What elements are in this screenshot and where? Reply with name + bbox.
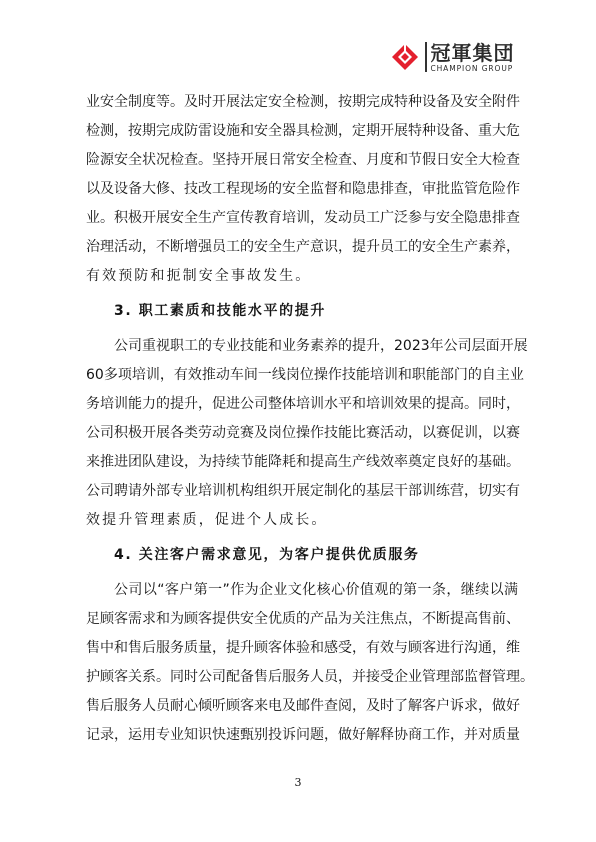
text-line: 务培训能力的提升，促进公司整体培训水平和培训效果的提高。同时， (86, 390, 518, 419)
text-line: 足顾客需求和为顾客提供安全优质的产品为关注焦点，不断提高售前、 (86, 605, 518, 634)
company-logo: 冠軍集団 CHAMPION GROUP (390, 40, 515, 74)
text-line: 公司以“客户第一”作为企业文化核心价值观的第一条，继续以满 (86, 576, 518, 605)
text-line: 效提升管理素质，促进个人成长。 (86, 506, 518, 535)
text-line: 60多项培训，有效推动车间一线岗位操作技能培训和职能部门的自主业 (86, 361, 518, 390)
paragraph-training: 公司重视职工的专业技能和业务素养的提升，2023年公司层面开展 60多项培训，有… (86, 332, 518, 535)
logo-text: 冠軍集団 CHAMPION GROUP (431, 42, 515, 73)
text-line: 业。积极开展安全生产宣传教育培训，发动员工广泛参与安全隐患排查 (86, 204, 518, 233)
page-number: 3 (0, 776, 596, 789)
text-line: 护顾客关系。同时公司配备售后服务人员，并接受企业管理部监督管理。 (86, 663, 518, 692)
text-line: 治理活动，不断增强员工的安全生产意识，提升员工的安全生产素养， (86, 233, 518, 262)
paragraph-customer-service: 公司以“客户第一”作为企业文化核心价值观的第一条，继续以满 足顾客需求和为顾客提… (86, 576, 518, 750)
text-line: 售后服务人员耐心倾听顾客来电及邮件查阅，及时了解客户诉求，做好 (86, 692, 518, 721)
text-line: 检测，按期完成防雷设施和安全器具检测，定期开展特种设备、重大危 (86, 117, 518, 146)
section-heading-4: 4. 关注客户需求意见，为客户提供优质服务 (86, 541, 518, 570)
text-line: 以及设备大修、技改工程现场的安全监督和隐患排查，审批监管危险作 (86, 175, 518, 204)
champion-group-diamond-logo-icon (390, 42, 420, 72)
text-line: 业安全制度等。及时开展法定安全检测，按期完成特种设备及安全附件 (86, 88, 518, 117)
text-line: 记录，运用专业知识快速甄别投诉问题，做好解释协商工作，并对质量 (86, 721, 518, 750)
document-body: 业安全制度等。及时开展法定安全检测，按期完成特种设备及安全附件 检测，按期完成防… (86, 88, 518, 750)
text-line: 公司重视职工的专业技能和业务素养的提升，2023年公司层面开展 (86, 332, 518, 361)
text-line: 有效预防和扼制安全事故发生。 (86, 262, 518, 291)
text-line: 公司聘请外部专业培训机构组织开展定制化的基层干部训练营，切实有 (86, 477, 518, 506)
text-line: 公司积极开展各类劳动竞赛及岗位操作技能比赛活动，以赛促训，以赛 (86, 419, 518, 448)
logo-name-cn: 冠軍集団 (431, 42, 515, 64)
text-line: 售中和售后服务质量，提升顾客体验和感受，有效与顾客进行沟通，维 (86, 634, 518, 663)
text-line: 来推进团队建设，为持续节能降耗和提高生产线效率奠定良好的基础。 (86, 448, 518, 477)
text-line: 险源安全状况检查。坚持开展日常安全检查、月度和节假日安全大检查 (86, 146, 518, 175)
paragraph-safety: 业安全制度等。及时开展法定安全检测，按期完成特种设备及安全附件 检测，按期完成防… (86, 88, 518, 291)
logo-name-en: CHAMPION GROUP (431, 64, 515, 73)
logo-divider (425, 42, 427, 72)
section-heading-3: 3. 职工素质和技能水平的提升 (86, 297, 518, 326)
